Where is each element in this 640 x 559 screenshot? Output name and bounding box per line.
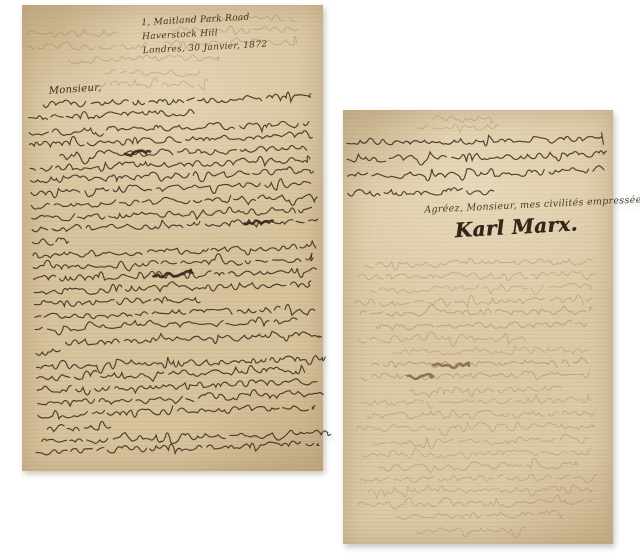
letter-page-2: Agréez, Monsieur, mes civilités empressé… bbox=[343, 110, 613, 544]
letter-page-1: 1, Maitland Park RoadHaverstock HillLond… bbox=[22, 5, 323, 471]
handwriting-line bbox=[47, 421, 111, 435]
page2-body-lines bbox=[341, 105, 611, 111]
handwriting-line bbox=[347, 148, 606, 165]
handwriting-line bbox=[348, 165, 605, 182]
ink-blot bbox=[244, 221, 274, 225]
salutation-text: Monsieur, bbox=[49, 82, 103, 96]
karl-marx-signature: Karl Marx. bbox=[454, 211, 578, 242]
manuscript-photo: 1, Maitland Park RoadHaverstock HillLond… bbox=[0, 0, 640, 559]
page1-handwriting-layer: Monsieur, bbox=[19, 0, 334, 472]
letter-page-1-wrap: 1, Maitland Park RoadHaverstock HillLond… bbox=[22, 5, 323, 471]
handwriting-line bbox=[348, 185, 494, 200]
handwriting-line bbox=[347, 132, 604, 149]
page1-body-lines bbox=[19, 0, 320, 6]
handwriting-line bbox=[32, 235, 68, 248]
letter-page-2-wrap: Agréez, Monsieur, mes civilités empressé… bbox=[343, 110, 613, 544]
handwriting-line bbox=[36, 347, 63, 360]
page2-handwriting-layer: Agréez, Monsieur, mes civilités empressé… bbox=[341, 105, 620, 545]
